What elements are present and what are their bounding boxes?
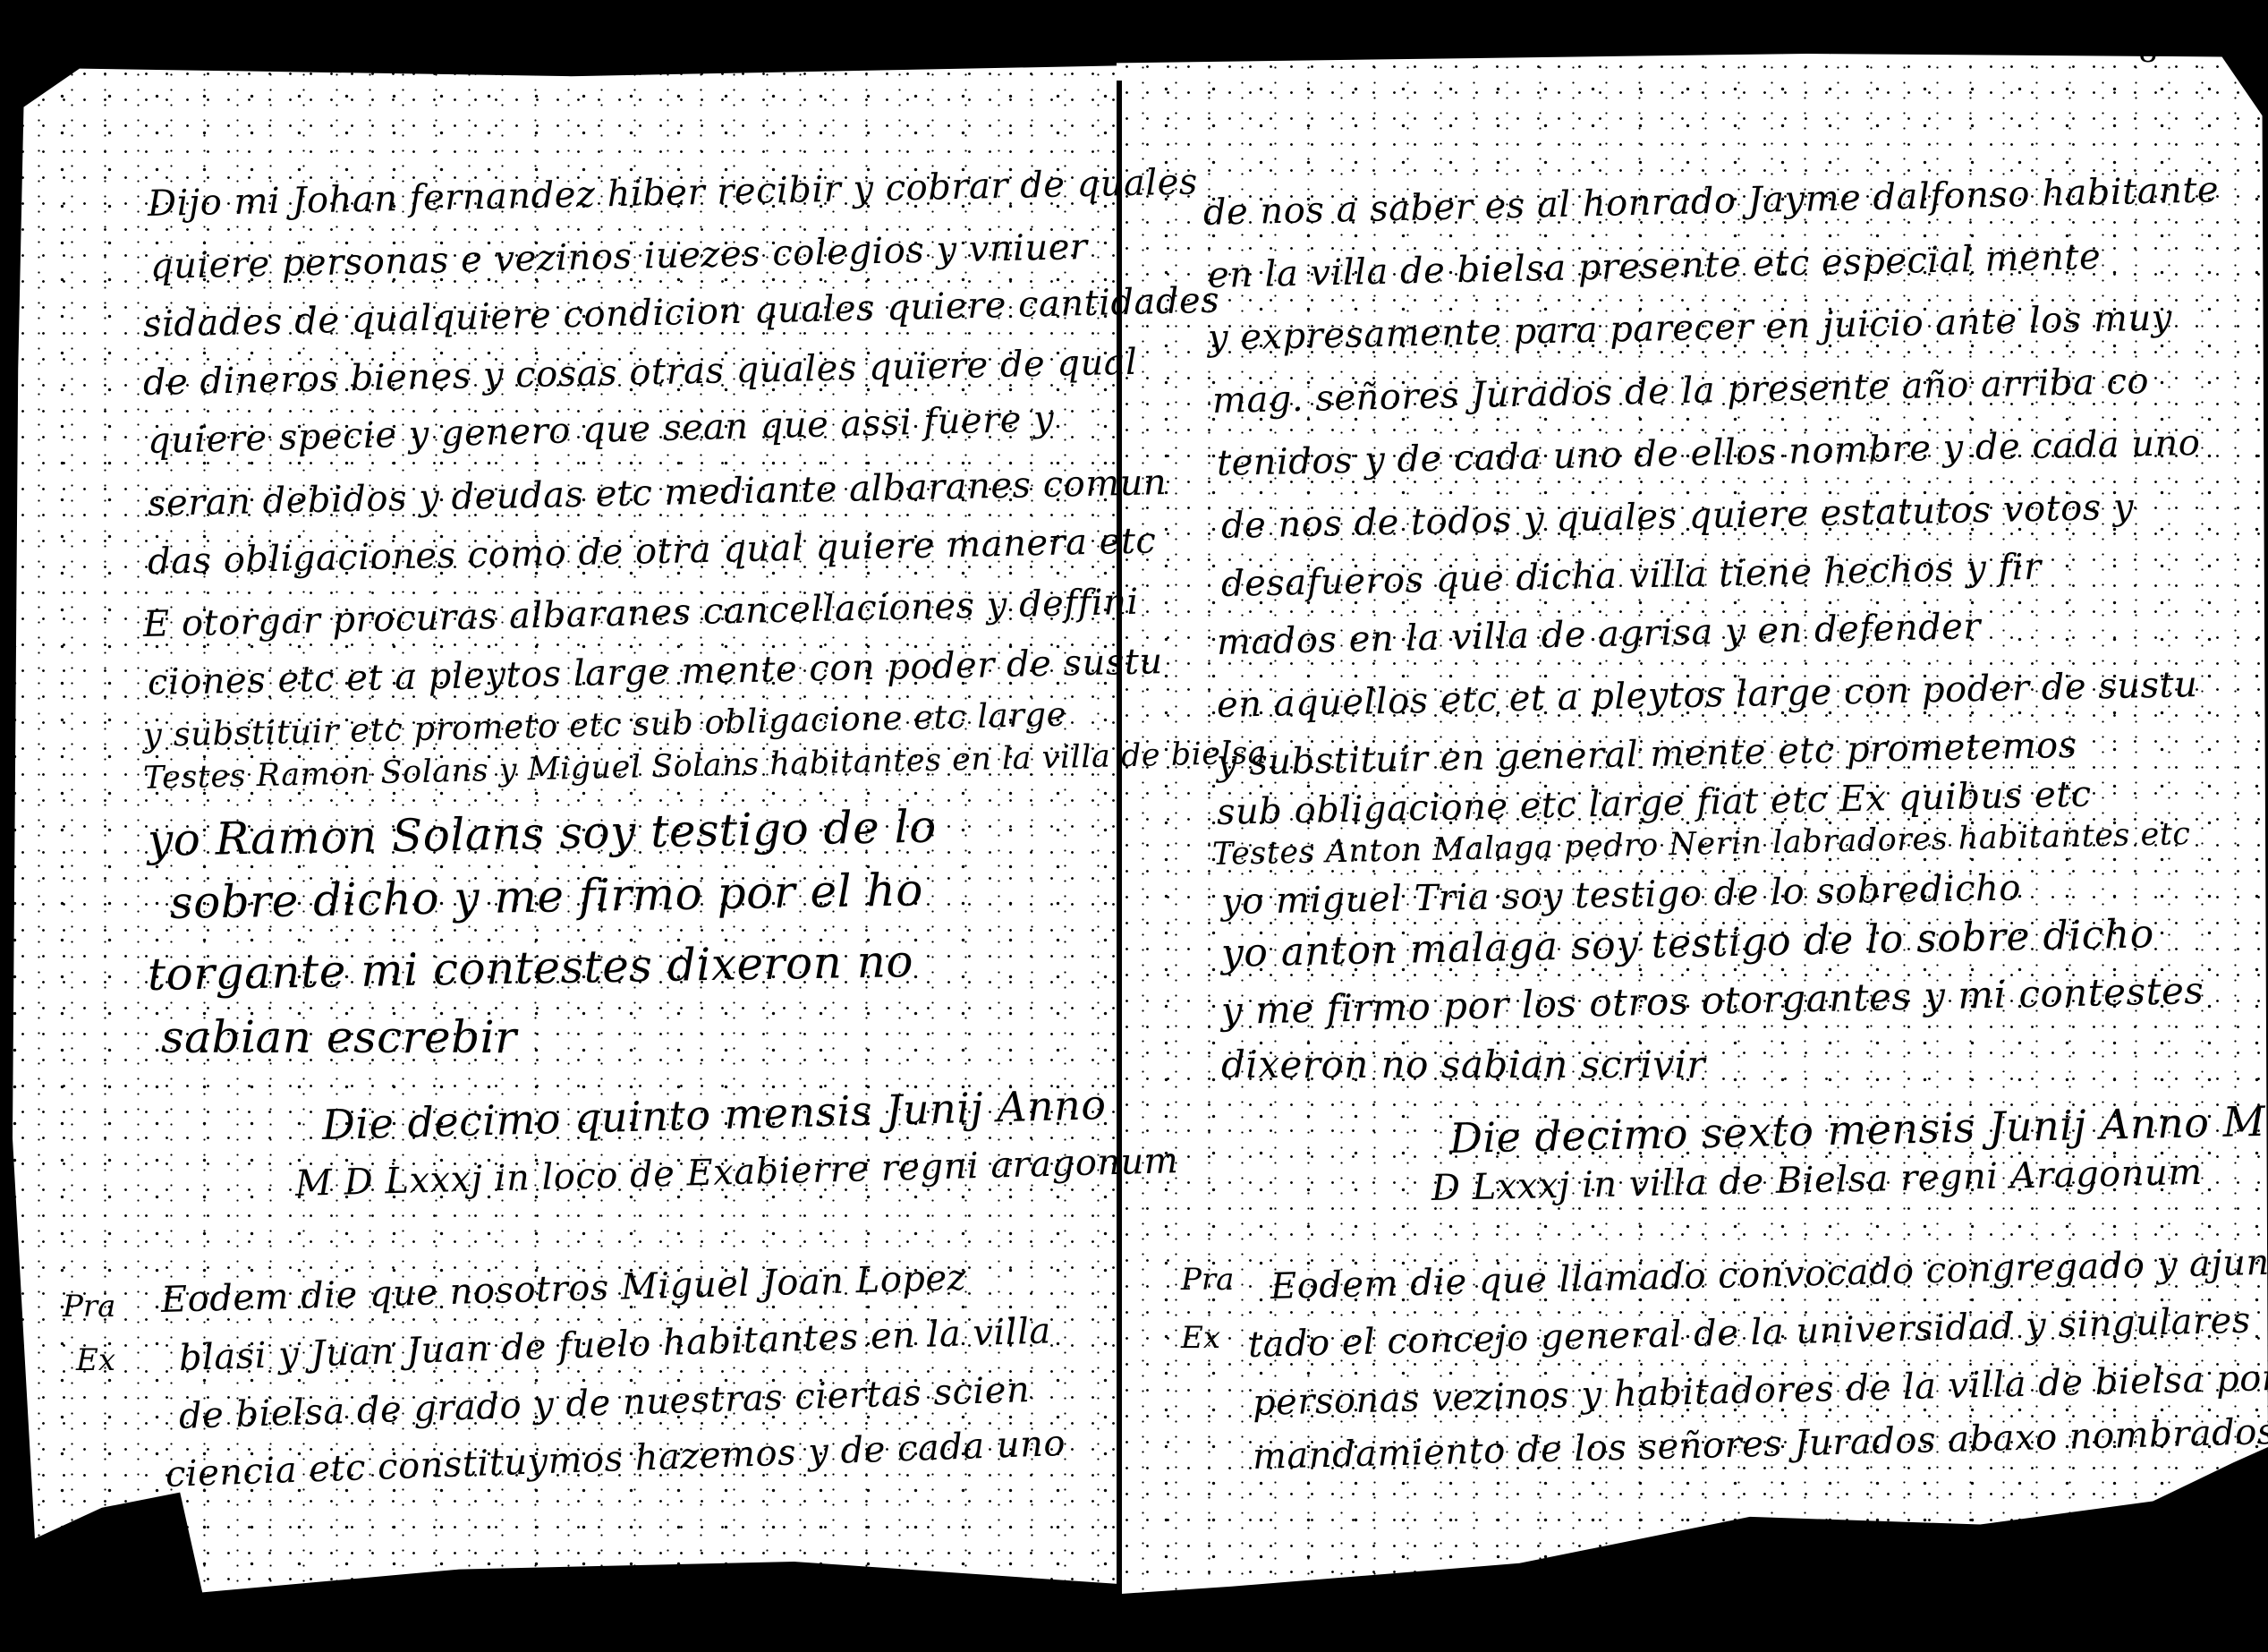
signature-line: dixeron no sabian scrivir [1221,1043,1705,1086]
margin-note: Ex [76,1342,115,1378]
signature-line: sabian escrebir [161,1011,517,1063]
margin-note: Pra [63,1289,115,1324]
margin-note: Ex [1181,1320,1220,1356]
margin-note: Pra [1181,1262,1234,1298]
folio-number: 8 [2138,34,2158,70]
